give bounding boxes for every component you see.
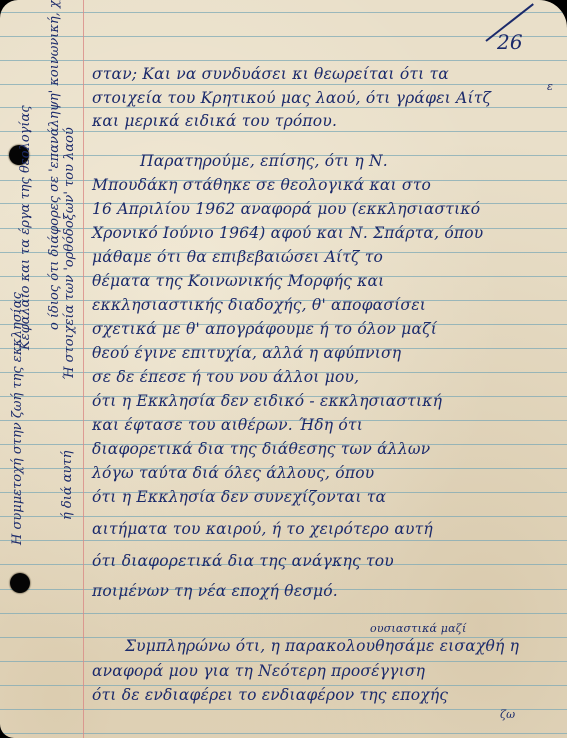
body-line: Συμπληρώνω ότι, η παρακολουθησάμε εισαχθ…	[125, 637, 519, 655]
body-line: ότι η Εκκλησία δεν συνεχίζονται τα	[92, 488, 386, 506]
ruled-line	[0, 12, 567, 13]
ruled-line	[0, 131, 567, 132]
body-line: και έφτασε του αιθέρων. Ήδη ότι	[92, 416, 363, 434]
interlinear-insertion: ουσιαστικά μαζί	[370, 622, 466, 635]
body-line: λόγω ταύτα διά όλες άλλους, όπου	[92, 464, 374, 482]
ruled-line	[0, 709, 567, 710]
margin-note: ο ίδιος ότι διάφορες σε 'επανάληψη' κοιν…	[47, 0, 62, 330]
body-line: Χρονικό Ιούνιο 1964) αφού και Ν. Σπάρτα,…	[92, 224, 483, 242]
ruled-line	[0, 613, 567, 614]
margin-note: ή διά αυτή	[60, 451, 75, 520]
body-line: θεού έγινε επιτυχία, αλλά η αφύπνιση	[92, 344, 401, 362]
red-margin-line	[83, 0, 84, 738]
manuscript-page: 26 ο ίδιος ότι διάφορες σε 'επανάληψη' κ…	[0, 0, 567, 738]
body-line: αναφορά μου για τη Νεότερη προσέγγιση	[92, 662, 425, 680]
body-line: ότι διαφορετικά δια της ανάγκης του	[92, 552, 394, 570]
body-line: Μπουδάκη στάθηκε σε θεολογικά και στο	[92, 176, 431, 194]
margin-note: Η συμμετοχή στην ζωή της εκκλησίας	[10, 292, 25, 545]
body-line: θέματα της Κοινωνικής Μορφής και	[92, 272, 384, 290]
ruled-line	[0, 36, 567, 37]
ruled-line	[0, 516, 567, 517]
ruled-line	[0, 60, 567, 61]
body-line: και μερικά ειδικά του τρόπου.	[92, 112, 337, 130]
ruled-line	[0, 107, 567, 108]
body-line: στοιχεία του Κρητικού μας λαού, ότι γράφ…	[92, 89, 491, 107]
body-line: εκκλησιαστικής διαδοχής, θ' αποφασίσει	[92, 296, 426, 314]
punch-hole-bottom	[10, 573, 30, 593]
body-line: ότι η Εκκλησία δεν ειδικό - εκκλησιαστικ…	[92, 392, 442, 410]
page-number: 26	[497, 30, 523, 54]
body-line: διαφορετικά δια της διάθεσης των άλλων	[92, 440, 430, 458]
body-line: Παρατηρούμε, επίσης, ότι η Ν.	[140, 152, 388, 170]
ruled-line	[0, 733, 567, 734]
ruled-line	[0, 540, 567, 541]
body-line: ποιμένων τη νέα εποχή θεσμό.	[92, 582, 338, 600]
body-line: μάθαμε ότι θα επιβεβαιώσει Αίτζ το	[92, 248, 383, 266]
body-line: σχετικά με θ' απογράφουμε ή το όλον μαζί	[92, 320, 437, 338]
ruled-line	[0, 84, 567, 85]
margin-note: Ή στοιχεία των 'ορθόδοξων' του λαού	[62, 127, 77, 380]
body-line: σταν; Και να συνδυάσει κι θεωρείται ότι …	[92, 65, 449, 83]
body-line: σε δε έπεσε ή του νου άλλοι μου,	[92, 368, 359, 386]
interlinear-insertion: ζω	[500, 708, 515, 721]
body-line: ότι δε ενδιαφέρει το ενδιαφέρον της εποχ…	[92, 686, 448, 704]
body-line: αιτήματα του καιρού, ή το χειρότερο αυτή	[92, 520, 433, 538]
body-line: 16 Απριλίου 1962 αναφορά μου (εκκλησιαστ…	[92, 200, 480, 218]
interlinear-insertion: ε	[547, 80, 553, 93]
